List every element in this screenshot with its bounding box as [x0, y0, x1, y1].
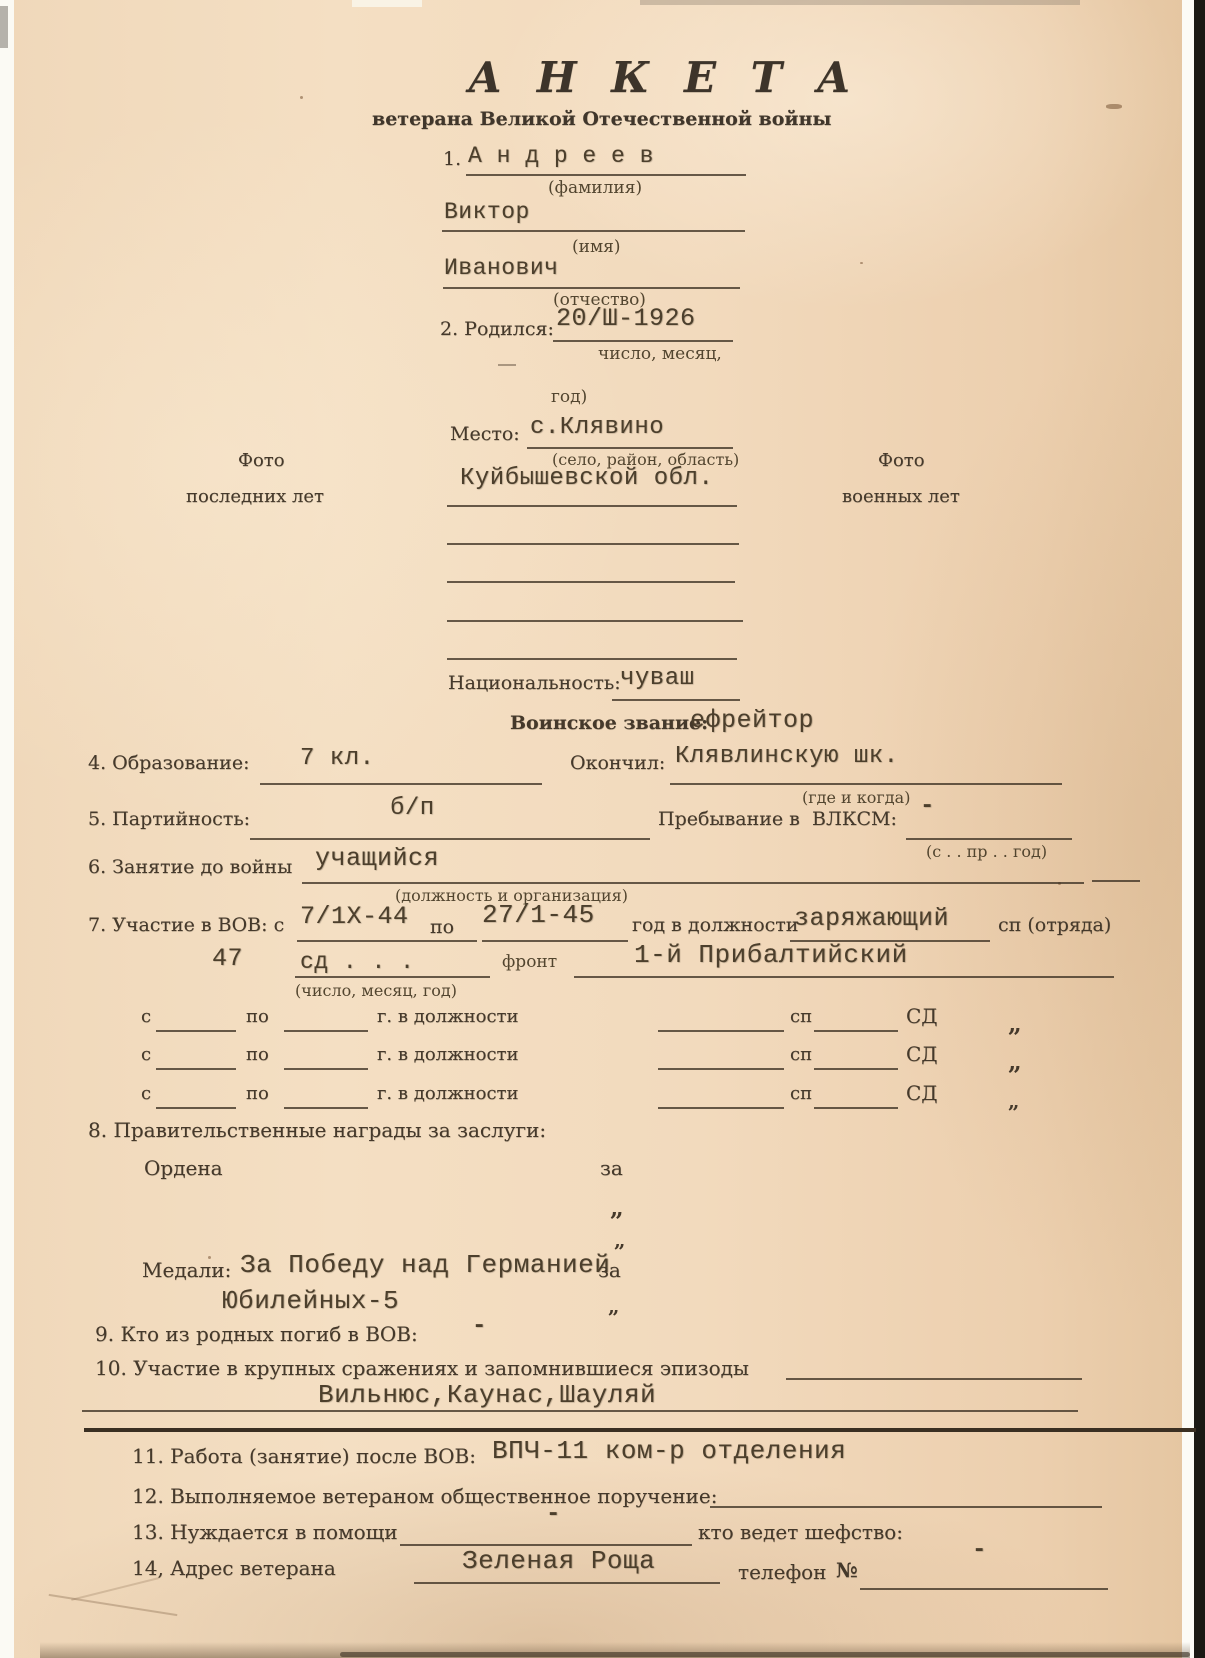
awards-ditto-1: „ — [610, 1196, 624, 1220]
photo-caption-right-line2: военных лет — [842, 488, 960, 507]
firstname-caption: (имя) — [572, 239, 621, 257]
service-row-ditto: „ — [1008, 1091, 1020, 1111]
prewar-value: учащийся — [315, 846, 439, 872]
birthdate-caption-2: год) — [551, 389, 587, 407]
place-label: Место: — [450, 425, 520, 445]
service-row-line — [284, 1068, 368, 1070]
unit-underline — [295, 976, 490, 978]
place-value-2: Куйбышевской обл. — [460, 466, 713, 491]
service-row-po: по — [246, 1046, 269, 1065]
q11-label: 11. Работа (занятие) после ВОВ: — [132, 1446, 476, 1467]
service-row-sd: СД — [906, 1083, 938, 1104]
scan-edge-left-mark — [0, 6, 8, 48]
form-title: А Н К Е Т А — [468, 56, 861, 100]
service-row-line — [156, 1107, 236, 1109]
paper-speck — [860, 262, 863, 264]
service-row-line — [156, 1030, 236, 1032]
front-label: фронт — [502, 954, 557, 972]
komsomol-underline — [906, 838, 1072, 840]
service-row-sd: СД — [906, 1044, 938, 1065]
scan-bottom-edge-line — [340, 1652, 1190, 1657]
patronymic-underline — [443, 287, 740, 289]
q12-label: 12. Выполняемое ветераном общественное п… — [132, 1486, 717, 1507]
photo-caption-right-line1: Фото — [878, 452, 925, 471]
q13-label: 13. Нуждается в помощи — [132, 1522, 398, 1543]
q6-prewar-label: 6. Занятие до войны — [88, 858, 292, 878]
section-divider-rule — [84, 1428, 1196, 1432]
q9-value: - — [472, 1314, 487, 1339]
service-from-underline — [297, 940, 477, 942]
service-row-sp: сп — [790, 1046, 812, 1065]
service-row-line — [284, 1030, 368, 1032]
service-row-line — [658, 1107, 784, 1109]
orders-za-label: за — [600, 1158, 623, 1179]
unit-caption: (число, месяц, год) — [295, 983, 457, 1000]
blank-line — [447, 581, 735, 583]
birthdate-caption-1: число, месяц, — [598, 346, 722, 364]
orders-label: Ордена — [144, 1158, 223, 1179]
nationality-value: чуваш — [620, 666, 695, 691]
service-row-po: по — [246, 1085, 269, 1104]
paper-crease-bottom-left-2 — [71, 1577, 159, 1601]
q10-label: 10. Участие в крупных сражениях и запомн… — [95, 1358, 749, 1379]
service-row-sd: СД — [906, 1006, 938, 1027]
nationality-label: Национальность: — [448, 674, 621, 694]
birthdate-underline — [553, 340, 733, 342]
blank-line — [447, 620, 743, 622]
komsomol-label-2: ВЛКСМ: — [812, 810, 897, 830]
service-row-ditto: „ — [1008, 1012, 1022, 1036]
q4-education-label: 4. Образование: — [88, 754, 249, 774]
q14-value: Зеленая Роща — [462, 1548, 655, 1575]
q10-underline — [786, 1378, 1082, 1380]
blank-line — [447, 505, 737, 507]
service-row-mid: г. в должности — [377, 1085, 519, 1104]
q13-label-2: кто ведет шефство: — [698, 1522, 903, 1543]
service-row-c: с — [141, 1046, 151, 1065]
scan-edge-right-black — [1194, 0, 1205, 1658]
awards-ditto-3: „ — [608, 1296, 620, 1316]
finished-value: Клявлинскую шк. — [675, 744, 899, 769]
front-underline — [574, 976, 1114, 978]
blank-line — [447, 543, 739, 545]
phone-number-sign: № — [836, 1560, 858, 1581]
photo-caption-left-line2: последних лет — [186, 488, 324, 507]
service-row-sp: сп — [790, 1008, 812, 1027]
scanned-questionnaire-page: А Н К Е Т А ветерана Великой Отечественн… — [0, 0, 1205, 1658]
photo-caption-left-line1: Фото — [238, 452, 285, 471]
phone-underline — [860, 1588, 1108, 1590]
patronymic-value: Иванович — [444, 256, 558, 280]
komsomol-value: - — [920, 794, 935, 819]
finished-caption: (где и когда) — [802, 790, 910, 807]
q2-born-label: 2. Родился: — [440, 320, 554, 340]
q12-underline — [710, 1506, 1102, 1508]
service-row-sp: сп — [790, 1085, 812, 1104]
scan-top-tear-notch — [352, 0, 422, 7]
service-tail-label: сп (отряда) — [998, 916, 1111, 936]
phone-label: телефон — [738, 1562, 826, 1583]
pencil-dash-mark — [498, 364, 516, 366]
party-value: б/п — [390, 796, 435, 821]
komsomol-caption: (с . . пр . . год) — [926, 844, 1047, 861]
finished-label: Окончил: — [570, 754, 665, 774]
service-row-po: по — [246, 1008, 269, 1027]
unit-number-value: 47 — [212, 946, 243, 972]
prewar-underline — [302, 882, 1084, 884]
scan-top-tear-shadow — [640, 0, 1080, 5]
awards-ditto-2: „ — [614, 1230, 626, 1250]
paper-speck — [1106, 104, 1122, 109]
service-po-label: по — [430, 918, 454, 938]
service-row-mid: г. в должности — [377, 1008, 519, 1027]
scan-edge-left-white — [0, 0, 14, 1658]
service-row-ditto: „ — [1008, 1050, 1022, 1074]
service-row-line — [284, 1107, 368, 1109]
medals-za-label: за — [598, 1260, 621, 1281]
q9-label: 9. Кто из родных погиб в ВОВ: — [95, 1324, 418, 1345]
service-to-value: 27/1-45 — [482, 902, 595, 929]
unit-value: сд . . . — [300, 950, 414, 974]
service-row-line — [814, 1068, 898, 1070]
service-position-value: заряжающий — [794, 906, 949, 932]
service-row-line — [814, 1030, 898, 1032]
surname-caption: (фамилия) — [548, 180, 642, 198]
place-underline — [527, 447, 733, 449]
q10-underline-full — [82, 1410, 1078, 1412]
service-row-c: с — [141, 1008, 151, 1027]
service-row-line — [658, 1030, 784, 1032]
place-value: с.Клявино — [530, 415, 664, 440]
q1-number: 1. — [443, 150, 461, 170]
service-row-line — [814, 1107, 898, 1109]
komsomol-label: Пребывание в — [658, 810, 800, 830]
service-mid-label: год в должности — [632, 916, 798, 936]
paper-speck — [300, 96, 303, 99]
form-subtitle: ветерана Великой Отечественной войны — [372, 110, 831, 130]
medal-value-2: Юбилейных-5 — [222, 1288, 399, 1315]
party-underline — [250, 838, 650, 840]
q14-label: 14, Адрес ветерана — [132, 1558, 336, 1579]
q5-party-label: 5. Партийность: — [88, 810, 250, 830]
rank-label: Воинское звание: — [510, 714, 708, 734]
medals-label: Медали: — [142, 1260, 231, 1281]
firstname-value: Виктор — [444, 200, 530, 224]
q10-value: Вильнюс,Каунас,Шауляй — [318, 1382, 656, 1409]
q14-underline — [414, 1582, 720, 1584]
service-row-line — [658, 1068, 784, 1070]
q13-value: - — [972, 1538, 987, 1563]
surname-underline — [466, 174, 746, 176]
service-row-line — [156, 1068, 236, 1070]
education-underline — [260, 783, 542, 785]
education-value: 7 кл. — [300, 746, 375, 771]
q12-value: - — [546, 1502, 561, 1527]
nationality-underline — [612, 699, 740, 701]
service-row-c: с — [141, 1085, 151, 1104]
prewar-underline-2 — [1092, 880, 1140, 882]
medal-value-1: За Победу над Германией — [240, 1252, 610, 1279]
paper-crease-bottom-left — [49, 1594, 178, 1616]
q11-value: ВПЧ-11 ком-р отделения — [492, 1438, 846, 1465]
birthdate-value: 20/Ш-1926 — [556, 306, 696, 332]
firstname-underline — [442, 230, 745, 232]
q8-awards-label: 8. Правительственные награды за заслуги: — [88, 1120, 546, 1141]
q7-service-label: 7. Участие в ВОВ: с — [88, 916, 284, 936]
service-from-value: 7/1Х-44 — [300, 904, 409, 930]
surname-value: А н д р е е в — [468, 144, 654, 168]
rank-value: ефрейтор — [690, 708, 814, 734]
finished-underline — [670, 783, 1062, 785]
blank-line — [447, 658, 737, 660]
service-row-mid: г. в должности — [377, 1046, 519, 1065]
service-to-underline — [482, 940, 628, 942]
front-value: 1-й Прибалтийский — [634, 942, 908, 969]
